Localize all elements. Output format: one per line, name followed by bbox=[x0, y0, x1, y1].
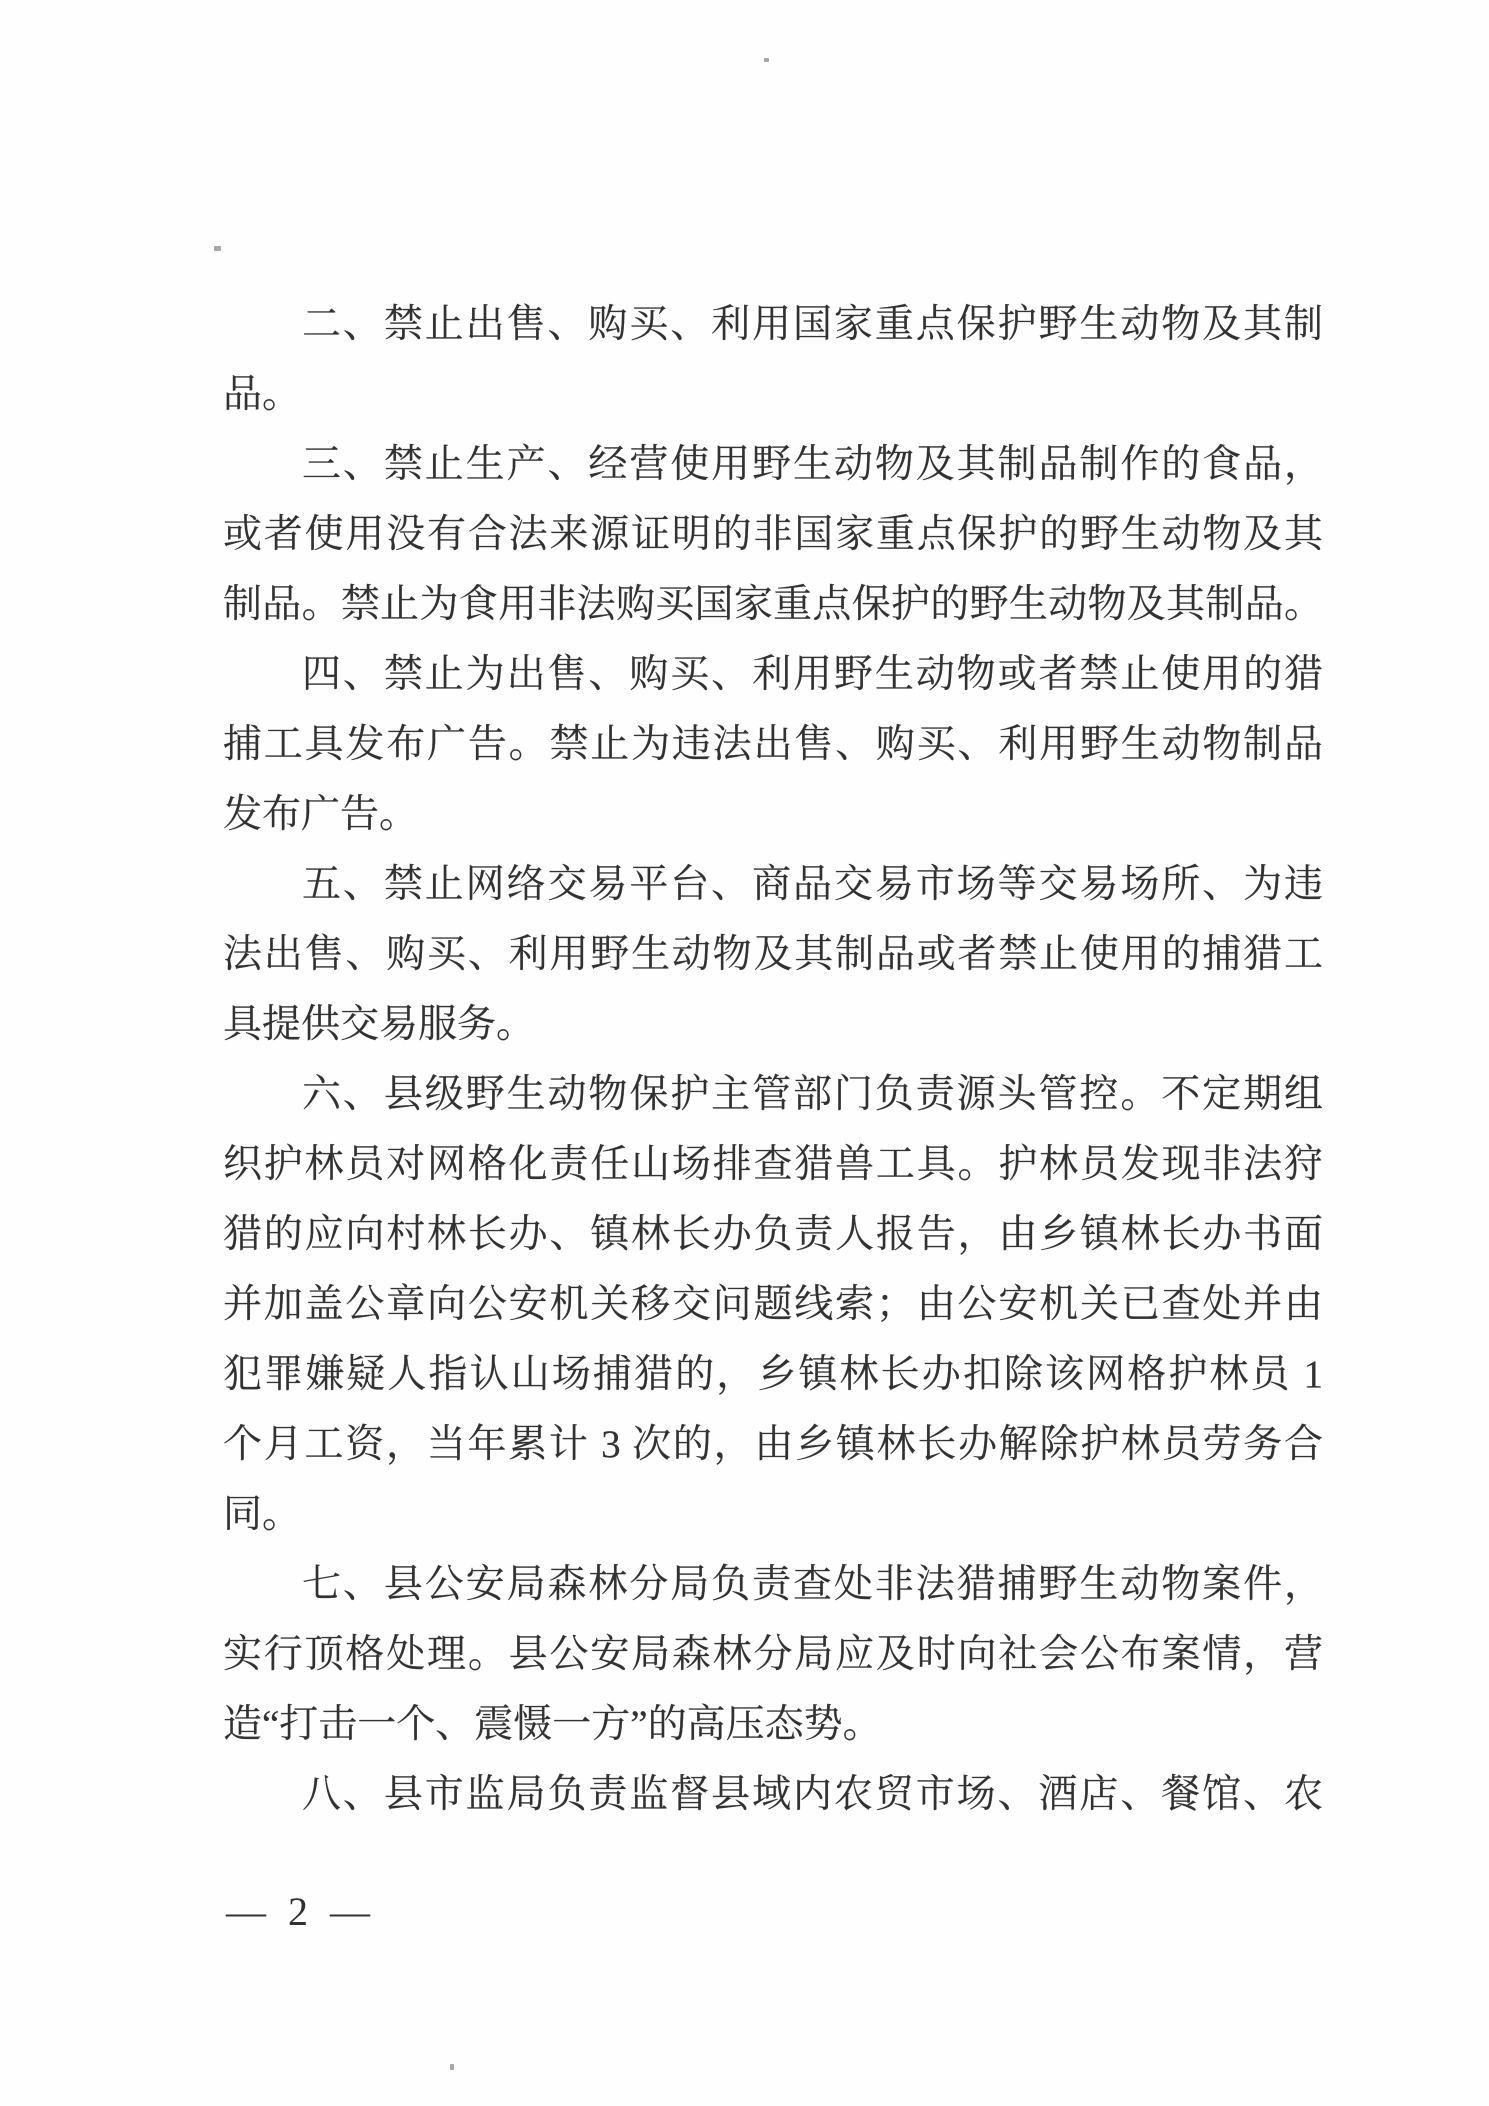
document-line: 织护林员对网格化责任山场排查猎兽工具。护林员发现非法狩 bbox=[223, 1130, 1323, 1200]
document-page: 二、禁止出售、购买、利用国家重点保护野生动物及其制 品。 三、禁止生产、经营使用… bbox=[0, 0, 1489, 2106]
document-line: 制品。禁止为食用非法购买国家重点保护的野生动物及其制品。 bbox=[223, 570, 1323, 640]
document-line: 品。 bbox=[223, 360, 1323, 430]
document-line: 二、禁止出售、购买、利用国家重点保护野生动物及其制 bbox=[223, 290, 1323, 360]
document-line: 犯罪嫌疑人指认山场捕猎的，乡镇林长办扣除该网格护林员 1 bbox=[223, 1340, 1323, 1410]
document-line: 八、县市监局负责监督县域内农贸市场、酒店、餐馆、农 bbox=[223, 1760, 1323, 1830]
document-line: 同。 bbox=[223, 1480, 1323, 1550]
document-line: 六、县级野生动物保护主管部门负责源头管控。不定期组 bbox=[223, 1060, 1323, 1130]
document-line: 法出售、购买、利用野生动物及其制品或者禁止使用的捕猎工 bbox=[223, 920, 1323, 990]
document-line: 并加盖公章向公安机关移交问题线索；由公安机关已查处并由 bbox=[223, 1270, 1323, 1340]
document-line: 四、禁止为出售、购买、利用野生动物或者禁止使用的猎 bbox=[223, 640, 1323, 710]
document-line: 或者使用没有合法来源证明的非国家重点保护的野生动物及其 bbox=[223, 500, 1323, 570]
document-line: 实行顶格处理。县公安局森林分局应及时向社会公布案情，营 bbox=[223, 1620, 1323, 1690]
scan-speck bbox=[450, 2064, 454, 2070]
document-line: 具提供交易服务。 bbox=[223, 990, 1323, 1060]
document-line: 五、禁止网络交易平台、商品交易市场等交易场所、为违 bbox=[223, 850, 1323, 920]
document-line: 造“打击一个、震慑一方”的高压态势。 bbox=[223, 1690, 1323, 1760]
page-number: — 2 — bbox=[226, 1878, 370, 1946]
scan-speck bbox=[214, 246, 221, 251]
document-line: 猎的应向村林长办、镇林长办负责人报告，由乡镇林长办书面 bbox=[223, 1200, 1323, 1270]
document-line: 个月工资，当年累计 3 次的，由乡镇林长办解除护林员劳务合 bbox=[223, 1410, 1323, 1480]
document-line: 捕工具发布广告。禁止为违法出售、购买、利用野生动物制品 bbox=[223, 710, 1323, 780]
document-line: 七、县公安局森林分局负责查处非法猎捕野生动物案件， bbox=[223, 1550, 1323, 1620]
document-line: 三、禁止生产、经营使用野生动物及其制品制作的食品， bbox=[223, 430, 1323, 500]
scan-speck bbox=[764, 58, 769, 62]
document-line: 发布广告。 bbox=[223, 780, 1323, 850]
document-body: 二、禁止出售、购买、利用国家重点保护野生动物及其制 品。 三、禁止生产、经营使用… bbox=[223, 290, 1323, 1830]
